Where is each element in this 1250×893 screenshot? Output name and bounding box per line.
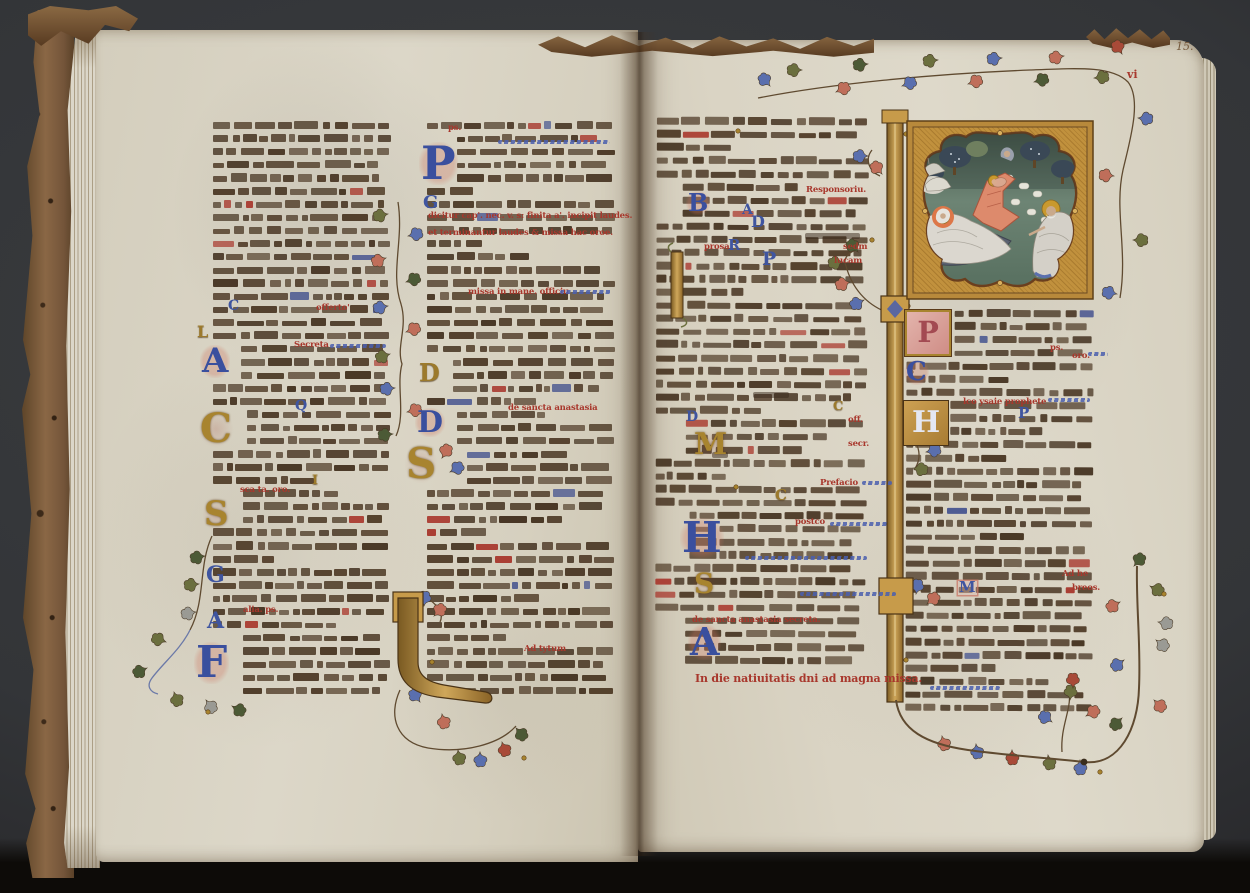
- illuminated-initial-D: D: [415, 408, 445, 437]
- line-filler: [830, 522, 888, 526]
- illuminated-initial-S: S: [202, 498, 231, 531]
- illuminated-initial-P: P: [419, 142, 458, 185]
- text-line: [427, 332, 617, 339]
- rubric: et terminantur laudes & missa hac oroe.: [428, 229, 613, 238]
- text-line: [427, 687, 617, 694]
- text-line: [213, 372, 393, 379]
- text-line: [906, 454, 1096, 462]
- illuminated-initial-P: P: [905, 310, 951, 356]
- rubric: offerto': [316, 304, 349, 313]
- text-line: [657, 131, 871, 139]
- rubric: dicitur cap'. nec. v. s: finita a'. inci…: [428, 212, 632, 221]
- text-line: [906, 467, 1096, 475]
- text-line: [906, 520, 1096, 528]
- text-line: [656, 328, 870, 336]
- line-filler: [930, 686, 1000, 690]
- text-line: [427, 437, 617, 444]
- text-line: [213, 648, 393, 655]
- text-line: [427, 595, 617, 602]
- text-line: [656, 433, 870, 441]
- illuminated-initial-B: B: [686, 191, 710, 215]
- text-line: [427, 634, 617, 641]
- text-line: [656, 446, 870, 454]
- text-line: [213, 280, 393, 287]
- text-line: [427, 451, 617, 458]
- text-line: [427, 621, 617, 628]
- text-line: [655, 578, 869, 586]
- illuminated-initial-S: S: [404, 444, 438, 484]
- text-line: [213, 240, 393, 247]
- line-filler: [330, 344, 386, 348]
- rubric: Ad he: [1062, 570, 1088, 579]
- text-line: [905, 651, 1095, 659]
- erasure-smudge: [753, 392, 789, 398]
- text-line: [656, 302, 870, 310]
- line-filler: [1088, 352, 1108, 356]
- illuminated-initial-C: C: [904, 360, 929, 385]
- text-line: [906, 559, 1096, 567]
- text-line: [213, 674, 393, 681]
- rubric: lucam: [834, 257, 862, 266]
- rubric: sedm: [843, 243, 867, 252]
- illuminated-initial-D: D: [751, 215, 765, 229]
- text-line: [906, 480, 1096, 488]
- text-line: [907, 362, 1097, 370]
- text-line: [427, 569, 617, 576]
- quire-mark: vi: [1127, 68, 1138, 81]
- illuminated-initial-F: F: [194, 642, 229, 684]
- text-line: [427, 464, 617, 471]
- text-line: [213, 621, 393, 628]
- text-line: [213, 437, 393, 444]
- text-line: [656, 275, 870, 283]
- line-filler: [1048, 398, 1090, 402]
- folio-number: 15.: [1176, 40, 1194, 53]
- line-filler: [560, 290, 612, 294]
- illuminated-initial-C: C: [833, 401, 843, 413]
- rubric: ps.: [448, 124, 461, 133]
- text-line: [213, 135, 393, 142]
- text-line: [427, 319, 617, 326]
- rubric: Ad tytum: [524, 645, 566, 654]
- text-line: [213, 634, 393, 641]
- text-line: [213, 267, 393, 274]
- text-line: [656, 367, 870, 375]
- text-line: [213, 201, 393, 208]
- text-line: [213, 543, 393, 550]
- illuminated-initial-R: R: [728, 239, 740, 253]
- text-line: [427, 608, 617, 615]
- text-line: [657, 170, 871, 178]
- text-line: [213, 687, 393, 694]
- book-gutter: [620, 32, 658, 856]
- text-line: [213, 175, 393, 182]
- text-line: [656, 380, 870, 388]
- rubric: alia. ps.: [243, 606, 278, 615]
- text-line: [427, 503, 617, 510]
- illuminated-initial-C: C: [775, 489, 787, 503]
- text-line: [427, 674, 617, 681]
- text-line: [427, 267, 617, 274]
- text-line: [906, 625, 1096, 633]
- illuminated-initial-L: L: [197, 325, 208, 339]
- rubric: Responsoriu.: [806, 186, 866, 195]
- rubric: Prefacio: [820, 479, 858, 488]
- text-line: [655, 604, 869, 612]
- text-line: [213, 595, 393, 602]
- rubric: ps.: [1050, 344, 1063, 353]
- text-line: [427, 556, 617, 563]
- line-filler: [800, 592, 896, 596]
- erasure-smudge: [805, 233, 860, 239]
- rubric: de sancta anastasia: [508, 404, 598, 413]
- text-line: [427, 648, 617, 655]
- rubric: prosa: [704, 243, 729, 252]
- text-line: [213, 516, 393, 523]
- illuminated-initial-A: A: [200, 345, 230, 378]
- text-line: [213, 608, 393, 615]
- illuminated-initial-M: M: [692, 430, 729, 459]
- text-line: [906, 533, 1096, 541]
- text-line: [213, 319, 393, 326]
- text-line: [906, 494, 1096, 502]
- text-line: [656, 499, 870, 507]
- text-line: [906, 586, 1096, 594]
- text-line: [656, 288, 870, 296]
- text-line: [213, 148, 393, 155]
- illuminated-initial-A: A: [688, 624, 721, 660]
- text-line: [906, 599, 1096, 607]
- text-line: [906, 375, 1096, 383]
- text-line: [657, 118, 871, 126]
- text-line: [213, 122, 393, 129]
- text-line: [213, 451, 393, 458]
- text-line: [427, 516, 617, 523]
- illuminated-initial-G: G: [423, 195, 438, 211]
- rubric: breos.: [1072, 584, 1100, 593]
- rubric: off.: [848, 416, 863, 425]
- text-line: [213, 188, 393, 195]
- text-line: [213, 161, 393, 168]
- text-line: [213, 424, 393, 431]
- text-line: [213, 227, 393, 234]
- text-line: [213, 503, 393, 510]
- text-line: [427, 543, 617, 550]
- text-line: [906, 612, 1096, 620]
- text-line: [427, 201, 617, 208]
- text-line: [213, 293, 393, 300]
- text-line: [906, 546, 1096, 554]
- rubric: lco ysaie prophete: [963, 398, 1046, 407]
- text-line: [656, 354, 870, 362]
- text-line: [656, 315, 870, 323]
- text-line: [213, 214, 393, 221]
- line-filler: [745, 556, 867, 560]
- illuminated-initial-H: H: [680, 518, 724, 558]
- text-line: [213, 529, 393, 536]
- illuminated-initial-P: P: [762, 251, 776, 268]
- rubric: secr.: [848, 440, 869, 449]
- text-line: [657, 157, 871, 165]
- text-line: [905, 678, 1095, 686]
- text-line: [656, 341, 870, 349]
- text-line: [905, 664, 1095, 672]
- illuminated-initial-C: C: [198, 410, 234, 448]
- text-line: [906, 638, 1096, 646]
- text-line: [656, 459, 870, 467]
- rubric: Secreta: [294, 341, 329, 350]
- text-line: [427, 359, 617, 366]
- manuscript-photograph: offerto'Secretasca ta. oro.alia. ps.ps.d…: [0, 0, 1250, 893]
- text-line: [655, 564, 869, 572]
- text-line: [427, 424, 617, 431]
- rubric: postco: [795, 518, 825, 527]
- text-line: [657, 144, 871, 152]
- text-line: [427, 661, 617, 668]
- left-board-edge: [22, 10, 74, 878]
- text-line: [427, 306, 617, 313]
- text-line: [213, 661, 393, 668]
- rubric: sca ta. oro.: [240, 486, 290, 495]
- illuminated-initial-G: G: [206, 566, 225, 586]
- text-line: [906, 389, 1096, 397]
- illuminated-initial-D: D: [419, 362, 440, 384]
- left-page-edges: [64, 26, 100, 868]
- illuminated-initial-M: M: [958, 581, 977, 595]
- text-line: [427, 477, 617, 484]
- text-line: [213, 556, 393, 563]
- line-filler: [862, 481, 892, 485]
- illuminated-initial-S: S: [692, 570, 716, 597]
- line-filler: [498, 140, 610, 144]
- text-line: [427, 372, 617, 379]
- text-line: [906, 507, 1096, 515]
- text-line: [213, 477, 393, 484]
- right-column-2: [905, 310, 1096, 718]
- illuminated-initial-P: P: [1018, 407, 1029, 421]
- text-line: [427, 253, 617, 260]
- text-line: [427, 385, 617, 392]
- rubric: missa in mane. officiu: [468, 288, 569, 297]
- text-line: [213, 253, 393, 260]
- text-line: [213, 582, 393, 589]
- text-line: [905, 704, 1095, 712]
- text-line: [213, 385, 393, 392]
- text-line: [427, 240, 617, 247]
- text-line: [427, 490, 617, 497]
- text-line: [213, 306, 393, 313]
- text-line: [213, 332, 393, 339]
- illuminated-initial-I: I: [312, 475, 318, 487]
- illuminated-initial-A: A: [207, 612, 224, 632]
- text-line: [427, 582, 617, 589]
- text-line: [213, 569, 393, 576]
- text-line: [427, 280, 617, 287]
- text-line: [213, 464, 393, 471]
- illuminated-initial-Q: Q: [295, 400, 307, 413]
- text-line: [905, 691, 1095, 699]
- text-line: [427, 529, 617, 536]
- illuminated-initial-C: C: [228, 300, 239, 313]
- text-line: [427, 345, 617, 352]
- rubric: In die natiuitatis dni ad magna missa.: [695, 673, 922, 684]
- illuminated-initial-D: D: [686, 411, 698, 424]
- text-line: [213, 359, 393, 366]
- illuminated-initial-H: H: [903, 400, 949, 446]
